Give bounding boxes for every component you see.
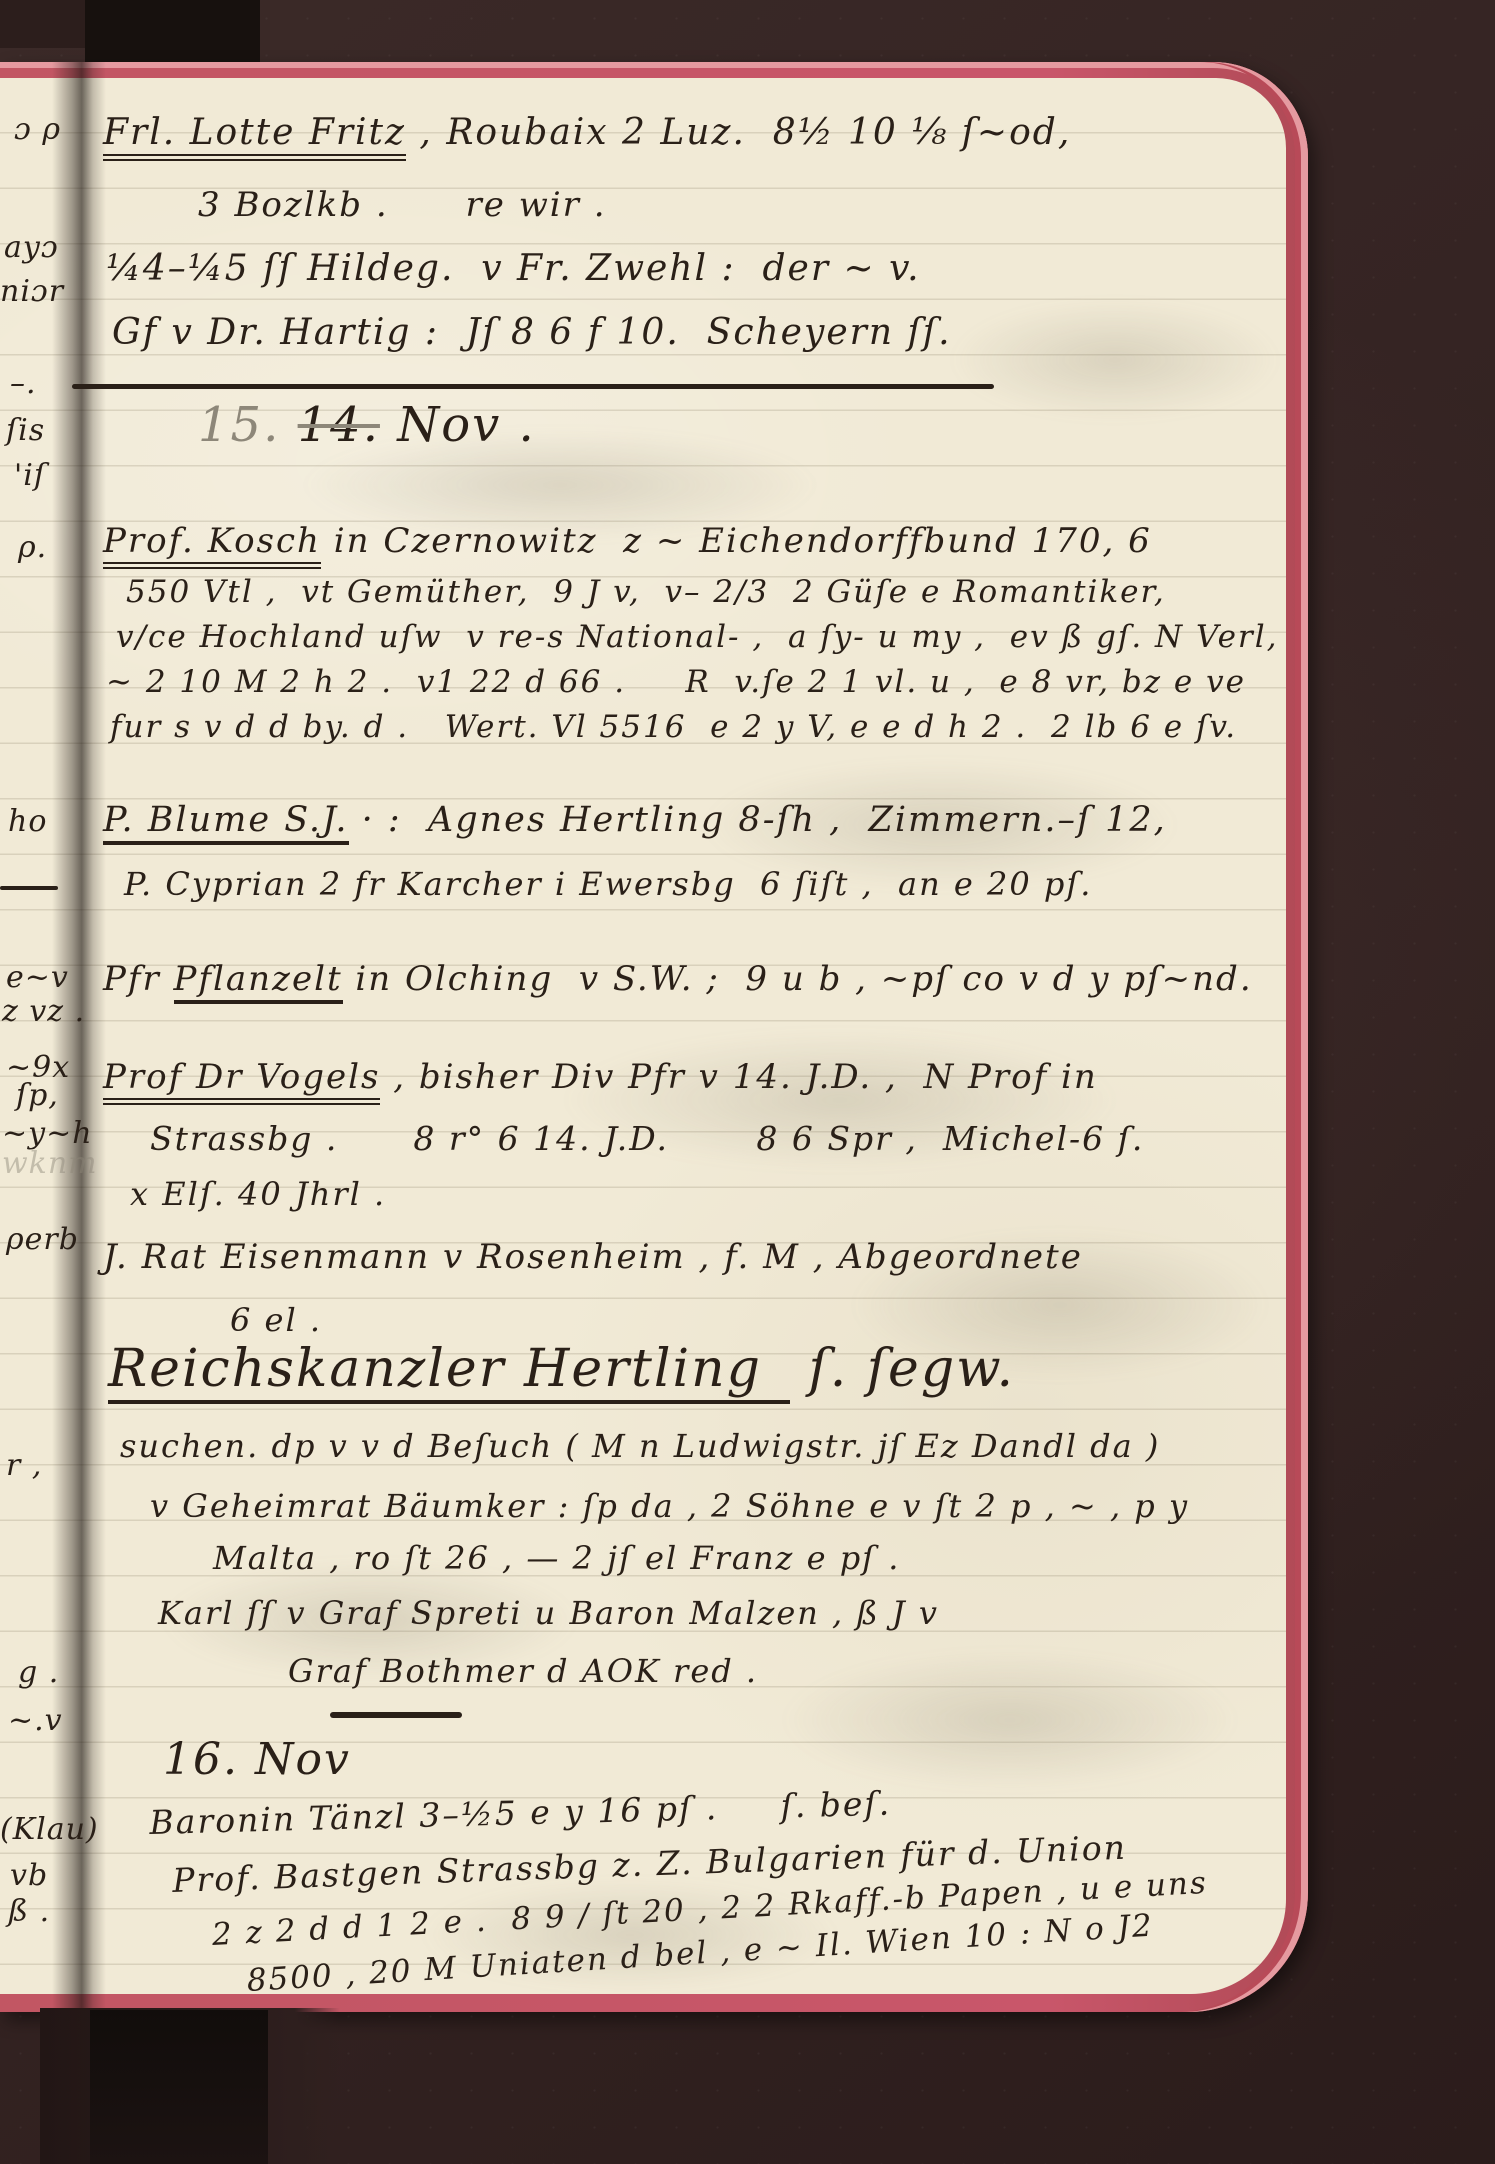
entry-hildegard-line: ¼4–¼5 ſſ Hildeg. v Fr. Zwehl : der ~ v. [106, 248, 921, 289]
entry-lotte-fritz-line2: 3 Bozlkb . re wir . [198, 186, 607, 225]
text-segment: 15. [198, 397, 280, 453]
entry-hertling-line4: Karl ſſ v Graf Spreti u Baron Malzen , ß… [158, 1595, 939, 1632]
entry-lotte-fritz-line1: Frl. Lotte Fritz , Roubaix 2 Luz. 8½ 10 … [103, 112, 1071, 153]
text-segment: 550 Vtl , vt Gemüther, 9 J v, v– 2/3 2 G… [126, 574, 1166, 610]
date-heading-15-nov: 15. 14. Nov . [198, 398, 536, 453]
text-segment: · : Agnes Hertling 8-ſh , Zimmern.–ſ 12, [349, 800, 1167, 840]
text-segment: , bisher Div Pfr v 14. J.D. , N Prof in [380, 1057, 1097, 1097]
text-segment: x Elſ. 40 Jhrl . [130, 1175, 386, 1213]
text-segment: suchen. dp v v d Beſuch ( M n Ludwigstr.… [120, 1427, 1160, 1465]
photographed-notebook-scene: ɔ ρayɔniɔr–.ſis'iſρ.hoe~vz vz .~9xſp,~y~… [0, 0, 1495, 2164]
text-segment: ſ. ſegw. [790, 1339, 1015, 1399]
entry-kosch-line2: 550 Vtl , vt Gemüther, 9 J v, v– 2/3 2 G… [126, 575, 1166, 611]
entry-heading: Prof. Kosch [103, 521, 321, 569]
handwriting-layer: Frl. Lotte Fritz , Roubaix 2 Luz. 8½ 10 … [0, 0, 1495, 2164]
entry-pflanzelt-line: Pfr Pflanzelt in Olching v S.W. ; 9 u b … [103, 960, 1253, 999]
separator-rule [330, 1712, 462, 1718]
text-segment: in Czernowitz z ~ Eichendorffbund 170, 6 [321, 521, 1152, 561]
text-segment: Baronin Tänzl 3–½5 e y 16 pſ . ſ. beſ. [149, 1784, 892, 1842]
entry-kosch-line1: Prof. Kosch in Czernowitz z ~ Eichendorf… [103, 522, 1152, 561]
entry-heading: Pflanzelt [174, 959, 343, 1004]
text-segment: 3 Bozlkb . re wir . [198, 185, 607, 225]
entry-hartig-line: Gf v Dr. Hartig : Jſ 8 6 f 10. Scheyern … [112, 312, 952, 353]
entry-hertling-line5: Graf Bothmer d AOK red . [288, 1653, 758, 1690]
entry-vogels-line3: x Elſ. 40 Jhrl . [130, 1176, 386, 1213]
entry-blume-line2: P. Cyprian 2 fr Karcher i Ewersbg 6 ſiſt… [124, 866, 1092, 903]
text-segment: 16. Nov [163, 1734, 351, 1785]
text-segment: Graf Bothmer d AOK red . [288, 1652, 758, 1690]
entry-vogels-line2: Strassbg . 8 r° 6 14. J.D. 8 6 Spr , Mic… [150, 1120, 1144, 1158]
text-segment: Nov . [380, 397, 536, 453]
text-segment: J. Rat Eisenmann v Rosenheim , f. M , Ab… [103, 1237, 1083, 1277]
entry-taenzl-line: Baronin Tänzl 3–½5 e y 16 pſ . ſ. beſ. [149, 1785, 892, 1842]
entry-hertling-line3: Malta , ro ſt 26 , — 2 jſ el Franz e pſ … [213, 1540, 900, 1577]
entry-heading: Prof Dr Vogels [103, 1057, 380, 1105]
entry-kosch-line3: v/ce Hochland uſw v re-s National- , a ſ… [116, 620, 1279, 656]
entry-hertling-line2: v Geheimrat Bäumker : ſp da , 2 Söhne e … [150, 1488, 1189, 1525]
text-segment: Malta , ro ſt 26 , — 2 jſ el Franz e pſ … [213, 1539, 900, 1577]
text-segment: fur s v d d by. d . Wert. Vl 5516 e 2 y … [110, 709, 1237, 745]
date-heading-16-nov: 16. Nov [163, 1735, 351, 1786]
text-segment: v Geheimrat Bäumker : ſp da , 2 Söhne e … [150, 1487, 1189, 1525]
entry-heading: Reichskanzler Hertling [108, 1339, 790, 1404]
table-shadow-bottom-black [90, 2010, 268, 2164]
text-segment [280, 397, 297, 453]
entry-kosch-line4: ~ 2 10 M 2 h 2 . v1 22 d 66 . R v.ſe 2 1… [106, 665, 1246, 701]
text-segment: 14. [298, 397, 380, 453]
text-segment: , Roubaix 2 Luz. 8½ 10 ⅛ ſ~od, [406, 112, 1071, 153]
entry-heading: P. Blume S.J. [103, 800, 349, 845]
entry-blume-line1: P. Blume S.J. · : Agnes Hertling 8-ſh , … [103, 800, 1167, 840]
heading-reichskanzler-hertling: Reichskanzler Hertling ſ. ſegw. [108, 1340, 1015, 1400]
text-segment: ¼4–¼5 ſſ Hildeg. v Fr. Zwehl : der ~ v. [106, 248, 921, 289]
entry-vogels-line1: Prof Dr Vogels , bisher Div Pfr v 14. J.… [103, 1058, 1098, 1097]
entry-eisenmann-line2: 6 el . [230, 1302, 322, 1339]
text-segment: Gf v Dr. Hartig : Jſ 8 6 f 10. Scheyern … [112, 312, 952, 353]
text-segment: Karl ſſ v Graf Spreti u Baron Malzen , ß… [158, 1594, 939, 1632]
text-segment: Strassbg . 8 r° 6 14. J.D. 8 6 Spr , Mic… [150, 1119, 1144, 1158]
text-segment: 6 el . [230, 1301, 322, 1339]
entry-hertling-line1: suchen. dp v v d Beſuch ( M n Ludwigstr.… [120, 1428, 1160, 1465]
text-segment: in Olching v S.W. ; 9 u b , ~pſ co v d y… [343, 959, 1253, 999]
entry-kosch-line5: fur s v d d by. d . Wert. Vl 5516 e 2 y … [110, 710, 1237, 746]
separator-rule [72, 384, 994, 389]
text-segment: v/ce Hochland uſw v re-s National- , a ſ… [116, 619, 1279, 655]
text-segment: P. Cyprian 2 fr Karcher i Ewersbg 6 ſiſt… [124, 865, 1092, 903]
text-segment: Pfr [103, 959, 174, 999]
entry-heading: Frl. Lotte Fritz [103, 112, 406, 161]
text-segment: ~ 2 10 M 2 h 2 . v1 22 d 66 . R v.ſe 2 1… [106, 664, 1246, 700]
entry-eisenmann-line1: J. Rat Eisenmann v Rosenheim , f. M , Ab… [103, 1238, 1083, 1277]
